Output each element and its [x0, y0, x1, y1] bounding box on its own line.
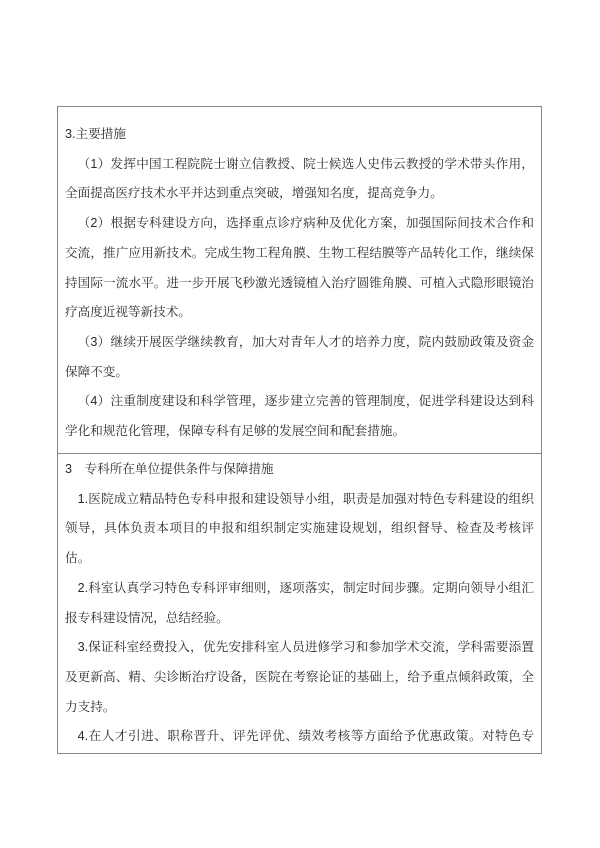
unit-support-heading: 3 专科所在单位提供条件与保障措施: [65, 455, 534, 485]
main-measures-heading: 3.主要措施: [65, 120, 534, 150]
section-unit-support: 3 专科所在单位提供条件与保障措施 1.医院成立精品特色专科申报和建设领导小组，…: [58, 454, 541, 750]
main-measures-paragraph-2: （2）根据专科建设方向，选择重点诊疗病种及优化方案，加强国际间技术合作和交流，推…: [65, 209, 534, 328]
main-measures-paragraph-3: （3）继续开展医学继续教育，加大对青年人才的培养力度，院内鼓励政策及资金保障不变…: [65, 328, 534, 387]
document-page: { "page": { "background_color": "#ffffff…: [0, 0, 600, 848]
unit-support-paragraph-3: 3.保证科室经费投入，优先安排科室人员进修学习和参加学术交流，学科需要添置及更新…: [65, 633, 534, 722]
unit-support-paragraph-2: 2.科室认真学习特色专科评审细则，逐项落实，制定时间步骤。定期向领导小组汇报专科…: [65, 574, 534, 633]
section-main-measures: 3.主要措施 （1）发挥中国工程院院士谢立信教授、院士候选人史伟云教授的学术带头…: [58, 107, 541, 454]
main-measures-paragraph-4: （4）注重制度建设和科学管理，逐步建立完善的管理制度，促进学科建设达到科学化和规…: [65, 387, 534, 446]
unit-support-paragraph-4: 4.在人才引进、职称晋升、评先评优、绩效考核等方面给予优惠政策。对特色专科、学术…: [65, 722, 534, 750]
unit-support-paragraph-1: 1.医院成立精品特色专科申报和建设领导小组，职责是加强对特色专科建设的组织领导，…: [65, 485, 534, 574]
main-measures-paragraph-1: （1）发挥中国工程院院士谢立信教授、院士候选人史伟云教授的学术带头作用，全面提高…: [65, 150, 534, 209]
application-form-table: 3.主要措施 （1）发挥中国工程院院士谢立信教授、院士候选人史伟云教授的学术带头…: [57, 106, 542, 754]
